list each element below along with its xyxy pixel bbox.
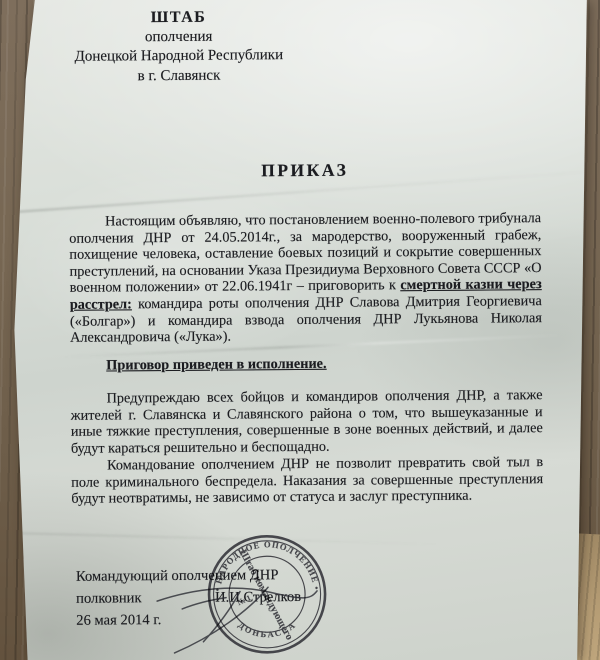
- stamp-number: № 1: [236, 593, 253, 607]
- execution-verdict: Приговор приведен в исполнение.: [106, 356, 326, 375]
- paragraph-2: Предупреждаю всех бойцов и командиров оп…: [70, 387, 543, 457]
- paragraph-1: Настоящим объявляю, что постановлением в…: [69, 210, 542, 346]
- paragraph-1-continued: командира роты ополчения ДНР Славова Дми…: [70, 293, 542, 346]
- org-name-line-1: ШТАБ: [61, 7, 295, 28]
- org-name-line-3: Донецкой Народной Республики: [62, 46, 296, 67]
- paragraph-3-text: Командование ополчением ДНР не позволит …: [71, 454, 543, 507]
- org-name-line-2: ополчения: [62, 27, 296, 48]
- paragraph-2-text: Предупреждаю всех бойцов и командиров оп…: [71, 387, 543, 456]
- paper-wrapper: ШТАБ ополчения Донецкой Народной Республ…: [0, 0, 600, 660]
- document-content: ШТАБ ополчения Донецкой Народной Республ…: [0, 0, 600, 660]
- photo: { "header": { "org_line1": "ШТАБ", "org_…: [0, 0, 600, 660]
- org-name-line-4: в г. Славянск: [62, 66, 296, 87]
- commander-rank: полковник: [76, 590, 142, 607]
- document-header: ШТАБ ополчения Донецкой Народной Республ…: [61, 7, 296, 87]
- official-stamp: • НАРОДНОЕ ОПОЛЧЕНИЕ • ДОНБАССА Штаб ком…: [205, 532, 330, 657]
- order-title: ПРИКАЗ: [69, 158, 541, 183]
- paragraph-3: Командование ополчением ДНР не позволит …: [71, 454, 543, 507]
- document-paper: ШТАБ ополчения Донецкой Народной Республ…: [0, 0, 600, 660]
